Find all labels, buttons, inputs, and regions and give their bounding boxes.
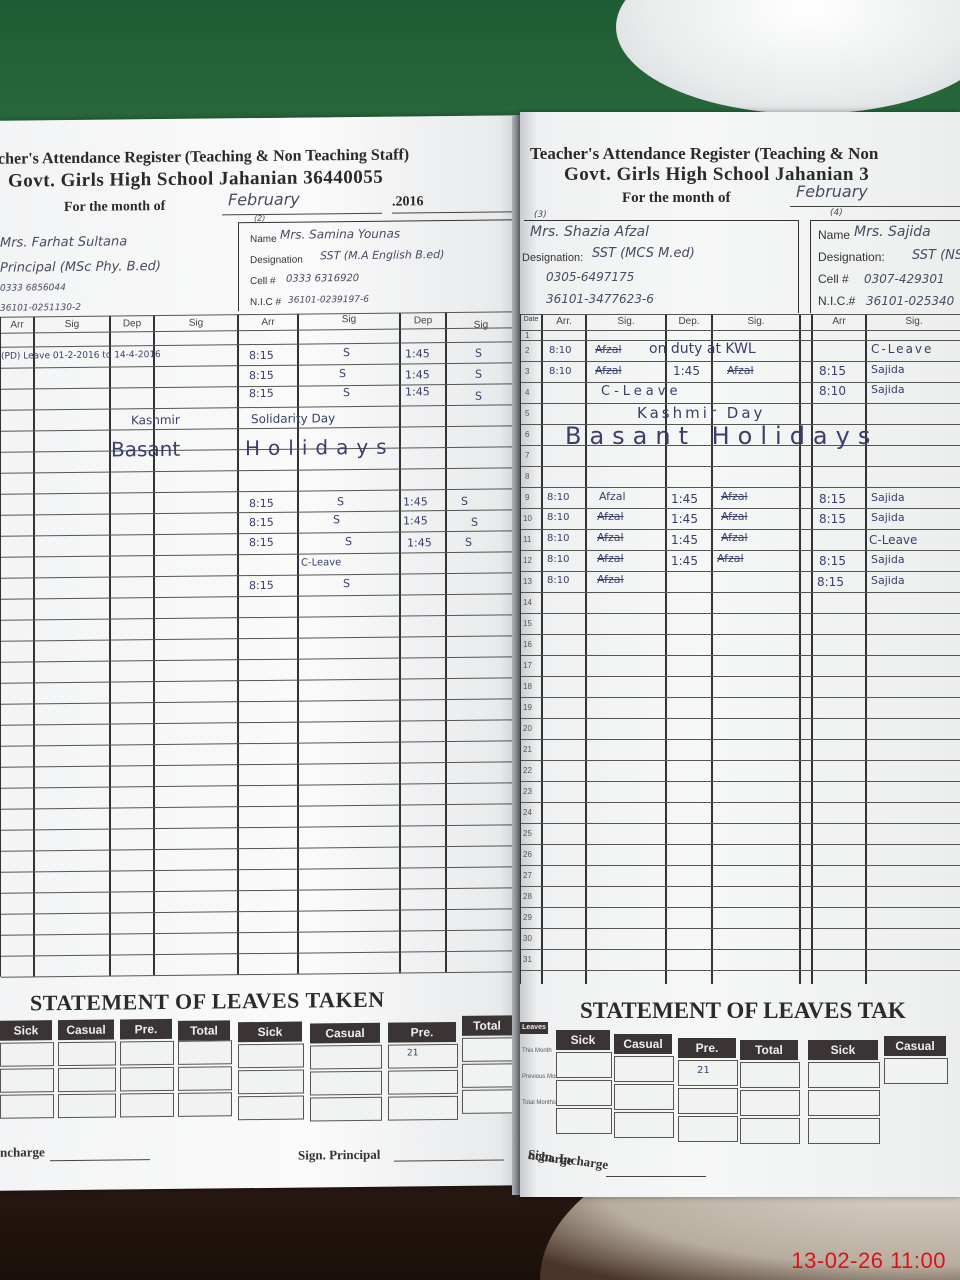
day-number: 26 [523, 850, 532, 859]
day-number: 30 [523, 934, 532, 943]
col-header-date: Date [521, 316, 541, 323]
signature: S [339, 367, 346, 380]
leaves-title: STATEMENT OF LEAVES TAKEN [30, 987, 385, 1017]
leaves-title: STATEMENT OF LEAVES TAK [580, 998, 906, 1024]
signature: Sajida [871, 383, 905, 396]
staff-1-name: Mrs. Farhat Sultana [0, 234, 127, 250]
day-number: 11 [523, 535, 531, 544]
leaves-col-casual: Casual [310, 1023, 380, 1044]
departure-time: 1:45 [671, 533, 698, 547]
day-number: 17 [523, 661, 532, 670]
arrival-time: 8:10 [547, 512, 569, 523]
day-number: 9 [525, 493, 529, 502]
pre-value-cell: 21 [678, 1060, 738, 1086]
right-attendance-grid: Date Arr. Sig. Dep. Sig. Arr Sig. [520, 314, 960, 984]
staff-2-designation: SST (M.A English B.ed) [320, 248, 444, 262]
left-attendance-grid: Arr Sig Dep Sig Arr Sig Dep Sig [0, 311, 516, 976]
staff-2-nic: 36101-0239197-6 [288, 295, 369, 306]
leaves-col-casual: Casual [884, 1036, 946, 1056]
holiday-entry: Holidays [245, 435, 395, 461]
signature: Sajida [871, 363, 905, 376]
sign-incharge-label: ncharge [0, 1144, 45, 1160]
col-header-sig: Sig. [867, 316, 960, 327]
signature: S [343, 577, 350, 590]
arrival-time: 8:10 [549, 366, 571, 377]
staff-4-name: Mrs. Sajida [854, 224, 931, 240]
col-header-sig: Sig. [713, 316, 799, 327]
arrival-time: 8:15 [819, 512, 846, 526]
arrival-time: 8:15 [817, 575, 844, 589]
holiday-entry: Kashmir [131, 413, 180, 428]
sign-line [50, 1159, 150, 1161]
signature: S [465, 536, 472, 549]
staff-4-designation-label: Designation: [818, 250, 885, 264]
arrival-time: 8:15 [819, 492, 846, 506]
departure-time: 1:45 [671, 554, 698, 568]
departure-time: 1:45 [671, 492, 698, 506]
staff-2-nic-label: N.I.C # [250, 297, 281, 308]
leaves-col-total: Total [740, 1040, 798, 1060]
day-number: 16 [523, 640, 532, 649]
month-label: For the month of [622, 190, 730, 207]
day-number: 15 [523, 619, 532, 628]
signature: Afzal [727, 364, 754, 377]
day-number: 23 [523, 787, 532, 796]
signature: Afzal [721, 490, 748, 503]
staff-1-designation: Principal (MSc Phy. B.ed) [0, 259, 161, 276]
col-divider [399, 313, 401, 973]
col-divider [445, 312, 447, 972]
month-underline [790, 206, 960, 207]
col-header-dep: Dep [401, 315, 445, 326]
month-underline [222, 213, 382, 216]
pre-value: 21 [697, 1065, 710, 1076]
leaves-col-pre: Pre. [388, 1022, 456, 1043]
day-number: 4 [525, 388, 529, 397]
sign-line [394, 1159, 504, 1161]
col-divider [585, 314, 587, 984]
leaves-col-total: Total [178, 1020, 230, 1041]
staff-4-index: (4) [830, 208, 843, 218]
arrival-time: 8:10 [547, 554, 569, 565]
day-number: 28 [523, 892, 532, 901]
day-number: 13 [523, 577, 532, 586]
leave-entry: (PD) Leave 01-2-2016 to 14-4-2016 [1, 350, 161, 362]
staff-2-cell-label: Cell # [250, 276, 276, 287]
month-value: February [796, 182, 868, 201]
leaves-col-sick: Sick [0, 1020, 52, 1041]
signature: S [475, 347, 482, 360]
arrival-time: 8:15 [249, 387, 274, 400]
day-number: 24 [523, 808, 532, 817]
day-number: 25 [523, 829, 532, 838]
signature: S [345, 535, 352, 548]
col-header-arr: Arr [813, 316, 865, 327]
arrival-time: 8:15 [249, 516, 274, 529]
signature: S [475, 390, 482, 403]
signature: S [337, 495, 344, 508]
leaves-col-pre: Pre. [678, 1038, 736, 1058]
school-name: Govt. Girls High School Jahanian 3644005… [8, 167, 383, 193]
staff-1-cell: 0333 6856044 [0, 283, 66, 294]
signature: Afzal [721, 531, 748, 544]
month-value: February [228, 190, 300, 210]
staff-divider [811, 314, 813, 984]
signature: Sajida [871, 511, 905, 524]
col-header-arr: Arr [239, 317, 297, 329]
staff-2-cell: 0333 6316920 [286, 273, 359, 285]
staff-3-name: Mrs. Shazia Afzal [530, 224, 649, 240]
departure-time: 1:45 [403, 495, 428, 508]
col-header-sig: Sig. [587, 316, 665, 327]
register-title: cher's Attendance Register (Teaching & N… [0, 146, 409, 168]
year-underline [392, 211, 512, 213]
signature: Afzal [597, 552, 624, 565]
staff-4-cell: 0307-429301 [864, 272, 945, 286]
departure-time: 1:45 [671, 512, 698, 526]
departure-time: 1:45 [405, 368, 430, 381]
staff-3-cell: 0305-6497175 [546, 270, 634, 284]
day-number: 29 [523, 913, 532, 922]
staff-divider [237, 314, 239, 974]
signature: Afzal [599, 490, 626, 503]
holiday-entry: Basant [111, 437, 180, 462]
signature: Afzal [721, 510, 748, 523]
holiday-entry: Solidarity Day [251, 411, 335, 426]
leaves-row-label: Total Months [522, 1100, 556, 1106]
col-header-sig: Sig [35, 319, 109, 331]
duty-note: on duty at KWL [649, 341, 756, 357]
day-number: 20 [523, 724, 532, 733]
leaves-col-sick: Sick [556, 1030, 610, 1050]
col-header-sig: Sig [155, 317, 237, 329]
camera-timestamp: 13-02-26 11:00 [791, 1248, 946, 1274]
arrival-time: 8:15 [249, 536, 274, 549]
signature: Sajida [871, 574, 905, 587]
day-number: 21 [523, 745, 532, 754]
arrival-time: 8:10 [547, 533, 569, 544]
day-number: 14 [523, 598, 532, 607]
arrival-time: 8:10 [549, 345, 571, 356]
staff-4-name-label: Name [818, 228, 850, 242]
register-title: Teacher's Attendance Register (Teaching … [530, 144, 878, 164]
arrival-time: 8:15 [819, 554, 846, 568]
signature: Afzal [595, 364, 622, 377]
arrival-time: 8:15 [819, 364, 846, 378]
holiday-entry: Kashmir Day [637, 404, 765, 422]
signature: Sajida [871, 553, 905, 566]
signature: S [461, 495, 468, 508]
signature: S [475, 368, 482, 381]
day-number: 6 [525, 430, 529, 439]
signature: Afzal [597, 531, 624, 544]
staff-3-index: (3) [534, 210, 547, 220]
day-number: 3 [525, 367, 529, 376]
day-number: 5 [525, 409, 529, 418]
month-label: For the month of [64, 199, 165, 216]
leaves-col-sick: Sick [808, 1040, 878, 1060]
departure-time: 1:45 [407, 536, 432, 549]
col-divider [109, 316, 111, 976]
col-header-dep: Dep [111, 318, 153, 329]
departure-time: 1:45 [403, 514, 428, 527]
day-number: 7 [525, 451, 529, 460]
staff-2-designation-label: Designation [250, 255, 303, 267]
leaves-col-casual: Casual [58, 1020, 114, 1041]
day-number: 1 [525, 331, 529, 340]
leaves-col-pre: Pre. [120, 1019, 172, 1040]
staff-4-cell-label: Cell # [818, 272, 849, 286]
arrival-time: 8:10 [819, 384, 846, 398]
pre-value: 21 [407, 1048, 418, 1058]
leave-entry: C-Leave [869, 533, 917, 547]
pre-value-cell: 21 [388, 1044, 458, 1069]
year-value: .2016 [392, 194, 424, 210]
signature: Afzal [717, 552, 744, 565]
col-header-arr: Arr [1, 319, 33, 330]
signature: S [333, 513, 340, 526]
holiday-entry: Basant Holidays [565, 422, 878, 450]
staff-4-nic: 36101-025340 [866, 294, 954, 308]
left-page: cher's Attendance Register (Teaching & N… [0, 115, 520, 1190]
arrival-time: 8:10 [547, 575, 569, 586]
leaves-row-label: This Month [522, 1048, 552, 1054]
col-divider [865, 314, 867, 984]
col-header-dep: Dep. [667, 316, 711, 327]
staff-4-nic-label: N.I.C.# [818, 294, 855, 308]
arrival-time: 8:15 [249, 349, 274, 362]
day-number: 2 [525, 346, 529, 355]
day-number: 18 [523, 682, 532, 691]
departure-time: 1:45 [405, 385, 430, 398]
leaves-col-casual: Casual [614, 1034, 672, 1054]
departure-time: 1:45 [405, 347, 430, 360]
right-page: Teacher's Attendance Register (Teaching … [520, 112, 960, 1197]
day-number: 22 [523, 766, 532, 775]
leave-entry: C-Leave [601, 384, 681, 399]
arrival-time: 8:15 [249, 497, 274, 510]
col-header-sig: Sig [299, 314, 399, 326]
staff-3-nic: 36101-3477623-6 [546, 292, 654, 306]
staff-3-designation-label: Designation: [522, 252, 583, 264]
col-divider [33, 316, 35, 976]
signature: S [471, 516, 478, 529]
day-number: 8 [525, 472, 529, 481]
signature: S [343, 386, 350, 399]
signature: Afzal [595, 343, 622, 356]
day-number: 31 [523, 955, 532, 964]
staff-divider [799, 314, 801, 984]
day-number: 27 [523, 871, 532, 880]
col-divider [541, 314, 543, 984]
leave-entry: C-Leave [301, 557, 341, 568]
leaves-col-sick: Sick [238, 1022, 302, 1043]
col-header-arr: Arr. [543, 316, 585, 327]
sign-line [606, 1176, 706, 1177]
col-header-sig: Sig [447, 319, 515, 331]
day-number: 10 [523, 514, 532, 523]
staff-2-name-label: Name [250, 234, 277, 245]
signature: Afzal [597, 573, 624, 586]
departure-time: 1:45 [673, 364, 700, 378]
leaves-col-total: Total [462, 1015, 512, 1036]
staff-2-name: Mrs. Samina Younas [280, 227, 400, 242]
sign-principal-label: Sign. Principal [298, 1147, 380, 1164]
signature: Sajida [871, 491, 905, 504]
staff-3-designation: SST (MCS M.ed) [592, 246, 695, 261]
day-number: 12 [523, 556, 532, 565]
arrival-time: 8:15 [249, 579, 274, 592]
sign-incharge-label: Sign. Incharge [527, 1146, 609, 1173]
signature: Afzal [597, 510, 624, 523]
leaves-row-header: Leaves [520, 1022, 548, 1034]
arrival-time: 8:10 [547, 492, 569, 503]
staff-1-nic: 36101-0251130-2 [0, 303, 81, 314]
signature: S [343, 346, 350, 359]
staff-4-designation: SST (NS [912, 248, 960, 263]
arrival-time: 8:15 [249, 369, 274, 382]
leave-entry: C-Leave [871, 342, 933, 356]
day-number: 19 [523, 703, 532, 712]
